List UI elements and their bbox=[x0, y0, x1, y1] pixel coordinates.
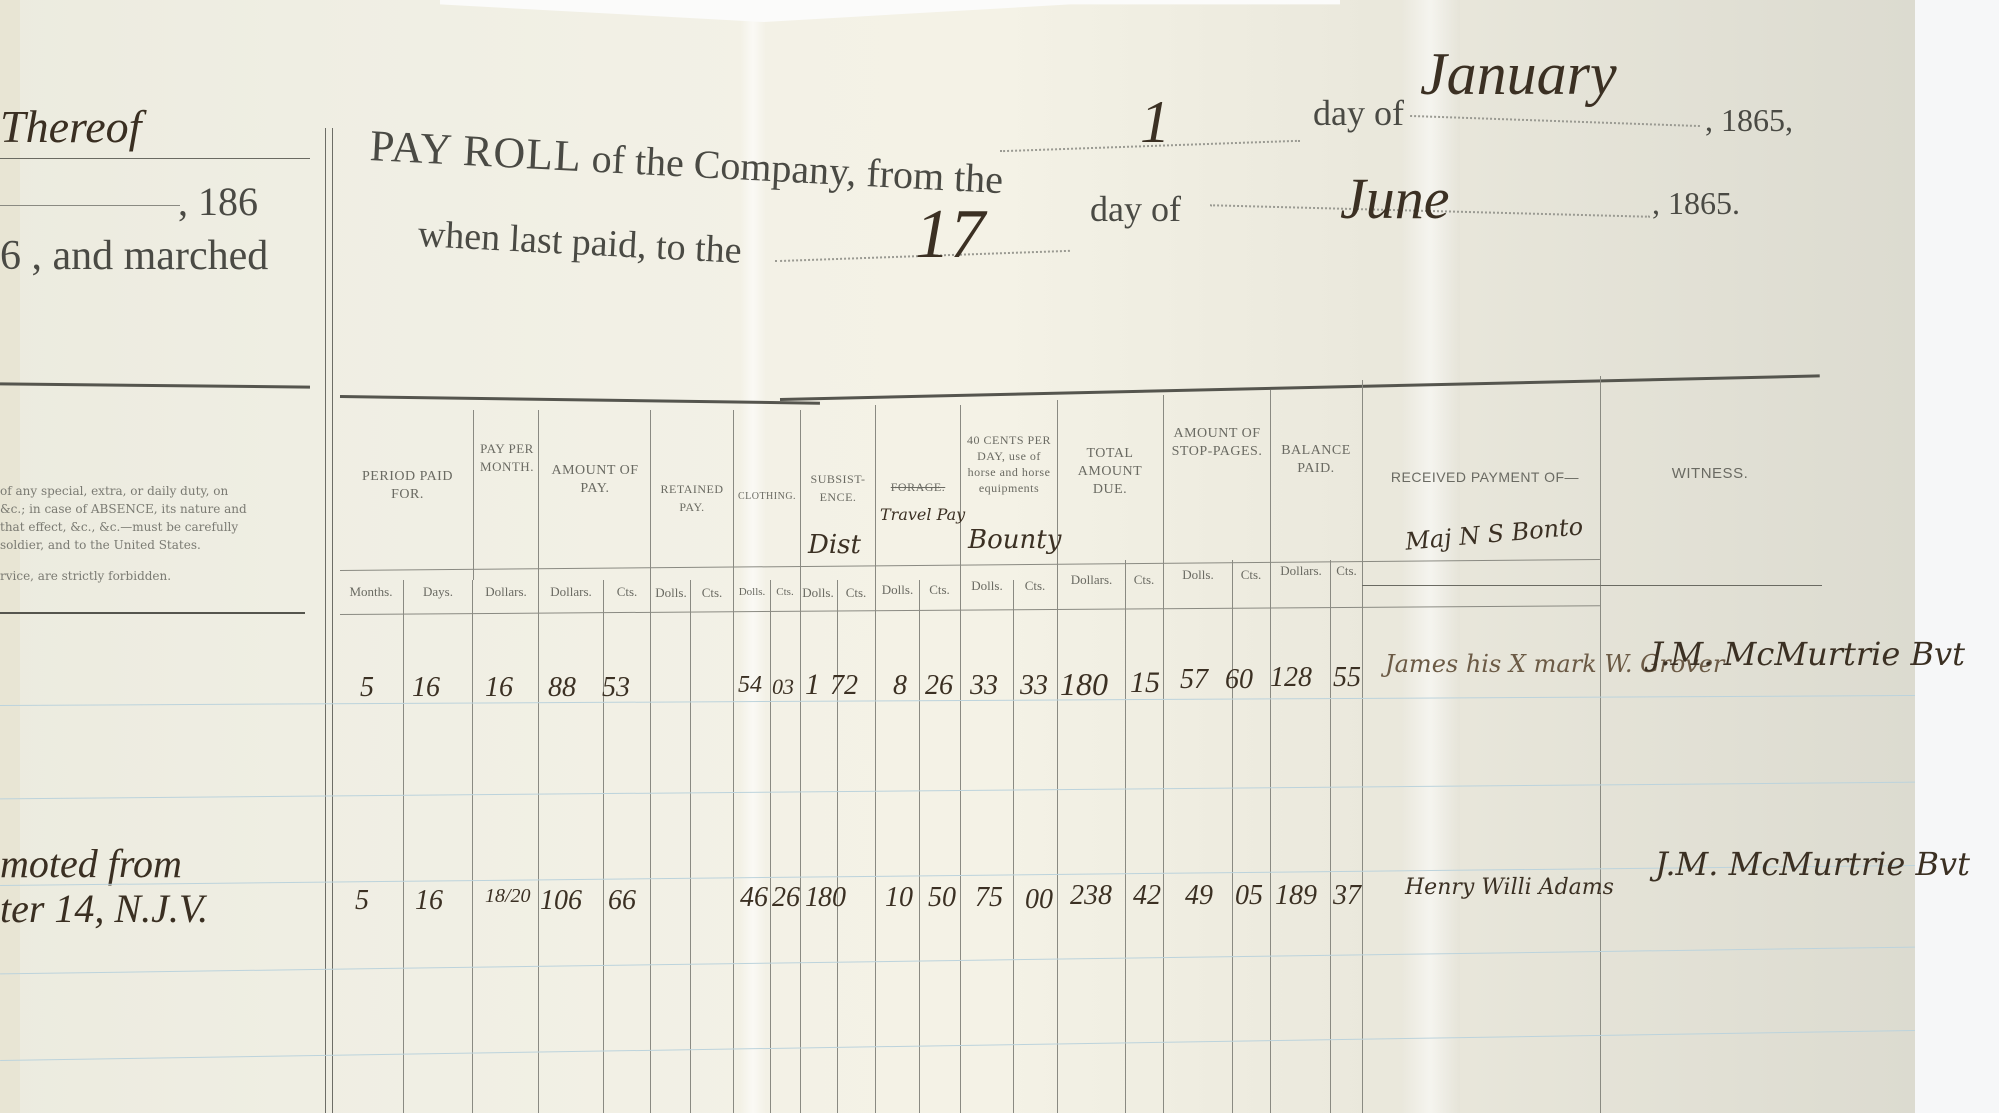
row1-stoppages-dolls: 57 bbox=[1180, 664, 1208, 696]
col-divider bbox=[473, 410, 474, 580]
horse-annotation: Bounty bbox=[968, 525, 1061, 555]
sub-balance-dollars: Dollars. bbox=[1271, 563, 1331, 579]
left-handwriting-thereof: Thereof bbox=[0, 100, 141, 153]
row2-months: 5 bbox=[355, 885, 369, 917]
row1-forage-cts: 26 bbox=[925, 670, 953, 702]
sub-balance-cts: Cts. bbox=[1331, 563, 1362, 579]
left-double-border bbox=[325, 128, 333, 1113]
row2-balance-dollars: 189 bbox=[1275, 880, 1317, 912]
remarks-row2-line1: moted from bbox=[0, 840, 182, 887]
from-month-value: January bbox=[1420, 40, 1617, 109]
row2-stoppages-dolls: 49 bbox=[1185, 880, 1213, 912]
left-date-line bbox=[0, 205, 180, 206]
sub-pay-dollars: Dollars. bbox=[474, 584, 538, 600]
row2-clothing-dolls: 46 bbox=[740, 882, 768, 914]
to-year: , 1865. bbox=[1652, 185, 1740, 222]
row2-amount-dollars: 106 bbox=[540, 885, 582, 917]
col-divider bbox=[538, 410, 539, 1113]
header-amount-of-pay: AMOUNT OF PAY. bbox=[545, 462, 645, 498]
row2-balance-cts: 37 bbox=[1333, 880, 1361, 912]
instruction-line-5: rvice, are strictly forbidden. bbox=[0, 568, 171, 584]
row2-days: 16 bbox=[415, 885, 443, 917]
sub-total-dollars: Dollars. bbox=[1058, 572, 1125, 588]
header-witness: WITNESS. bbox=[1620, 465, 1800, 483]
col-divider bbox=[603, 580, 604, 1113]
background-edge bbox=[1915, 0, 1999, 1113]
row1-horse-cts: 33 bbox=[1020, 670, 1048, 702]
row1-total-dollars: 180 bbox=[1060, 666, 1108, 703]
to-day-value: 17 bbox=[915, 195, 985, 275]
row1-amount-cts: 53 bbox=[602, 672, 630, 704]
sub-total-cts: Cts. bbox=[1125, 572, 1163, 588]
row1-subsistence-cts: 72 bbox=[830, 670, 858, 702]
col-divider bbox=[875, 405, 876, 1113]
instruction-line-1: of any special, extra, or daily duty, on bbox=[0, 483, 228, 499]
forage-annotation: Travel Pay bbox=[880, 505, 965, 524]
col-divider bbox=[650, 410, 651, 1113]
row1-months: 5 bbox=[360, 672, 374, 704]
sub-amount-dollars: Dollars. bbox=[540, 584, 602, 600]
col-divider bbox=[403, 580, 404, 1113]
sub-amount-cts: Cts. bbox=[604, 584, 650, 600]
received-witness-rule bbox=[1362, 585, 1822, 586]
sub-clothing-cts: Cts. bbox=[770, 586, 800, 598]
sub-retained-dolls: Dolls. bbox=[651, 585, 691, 601]
subsistence-annotation: Dist bbox=[808, 530, 861, 560]
row1-forage-dolls: 8 bbox=[893, 670, 907, 702]
sub-horse-cts: Cts. bbox=[1013, 578, 1057, 594]
sub-days: Days. bbox=[405, 584, 471, 600]
to-day-of-label: day of bbox=[1090, 188, 1181, 230]
row1-clothing-cts: 03 bbox=[772, 674, 794, 700]
sub-forage-dolls: Dolls. bbox=[876, 582, 919, 598]
row2-total-dollars: 238 bbox=[1070, 880, 1112, 912]
pay-roll-title: PAY ROLL bbox=[369, 121, 583, 181]
header-period-paid-for: PERIOD PAID FOR. bbox=[345, 468, 470, 504]
header-forage: FORAGE. bbox=[878, 478, 958, 496]
col-divider bbox=[1057, 400, 1058, 1113]
row1-subsistence-dolls: 1 bbox=[805, 668, 820, 702]
row1-amount-dollars: 88 bbox=[548, 672, 576, 704]
row1-horse-dolls: 33 bbox=[970, 670, 998, 702]
header-received-payment-of: RECEIVED PAYMENT OF— bbox=[1375, 468, 1595, 486]
row1-total-cts: 15 bbox=[1130, 666, 1160, 700]
sub-months: Months. bbox=[338, 584, 404, 600]
row2-forage-dolls: 10 bbox=[885, 882, 913, 914]
sub-subsistence-cts: Cts. bbox=[837, 585, 875, 601]
sub-retained-cts: Cts. bbox=[691, 585, 733, 601]
col-divider bbox=[1125, 560, 1126, 1113]
row2-stoppages-cts: 05 bbox=[1235, 880, 1263, 912]
row1-balance-cts: 55 bbox=[1333, 662, 1361, 694]
col-divider bbox=[1163, 395, 1164, 1113]
header-subsistence: SUBSIST-ENCE. bbox=[802, 470, 874, 506]
row2-horse-dolls: 75 bbox=[975, 882, 1003, 914]
row2-received-signature: Henry Willi Adams bbox=[1405, 875, 1614, 900]
col-divider bbox=[1330, 560, 1331, 1113]
row1-balance-dollars: 128 bbox=[1270, 662, 1312, 694]
header-total-amount-due: TOTAL AMOUNT DUE. bbox=[1060, 445, 1160, 499]
instruction-line-4: soldier, and to the United States. bbox=[0, 537, 201, 553]
from-day-value: 1 bbox=[1140, 88, 1170, 157]
remarks-row2-line2: ter 14, N.J.V. bbox=[0, 885, 208, 932]
row1-clothing-dolls: 54 bbox=[738, 672, 762, 699]
col-divider bbox=[733, 410, 734, 1113]
row2-forage-cts: 50 bbox=[928, 882, 956, 914]
sub-subsistence-dolls: Dolls. bbox=[800, 585, 836, 601]
to-month-value: June bbox=[1340, 165, 1450, 232]
left-marched-text: 6 , and marched bbox=[0, 232, 268, 280]
instruction-line-2: &c.; in case of ABSENCE, its nature and bbox=[0, 501, 247, 517]
row1-pay-per-month: 16 bbox=[485, 672, 513, 704]
col-divider bbox=[472, 580, 473, 1113]
instruction-line-3: that effect, &c., &c.—must be carefully bbox=[0, 519, 238, 535]
paper-fold-left bbox=[0, 0, 20, 1113]
row1-days: 16 bbox=[412, 672, 440, 704]
col-divider bbox=[770, 580, 771, 1113]
col-divider bbox=[1270, 390, 1271, 1113]
header-clothing: CLOTHING. bbox=[735, 488, 799, 506]
left-year-prefix: , 186 bbox=[178, 178, 258, 225]
header-pay-per-month: PAY PER MONTH. bbox=[478, 440, 536, 476]
row2-pay-per-month: 18/20 bbox=[485, 885, 531, 908]
sub-stoppages-dolls: Dolls. bbox=[1164, 567, 1232, 583]
header-balance-paid: BALANCE PAID. bbox=[1272, 442, 1360, 478]
col-divider bbox=[1600, 376, 1601, 1113]
row2-subsistence-cts: 80 bbox=[818, 882, 846, 914]
sub-forage-cts: Cts. bbox=[919, 582, 960, 598]
header-horse-allowance: 40 CENTS PER DAY, use of horse and horse… bbox=[962, 432, 1056, 496]
from-year: , 1865, bbox=[1705, 102, 1793, 139]
left-top-rule bbox=[0, 158, 310, 159]
row2-horse-cts: 00 bbox=[1025, 884, 1053, 916]
row1-witness-signature: J.M. McMurtrie Bvt bbox=[1650, 635, 1965, 673]
col-divider bbox=[1013, 580, 1014, 1113]
col-divider bbox=[1362, 380, 1363, 1113]
left-lower-rule bbox=[0, 612, 305, 614]
header-retained-pay: RETAINED PAY. bbox=[652, 480, 732, 516]
col-divider bbox=[800, 410, 801, 1113]
row2-total-cts: 42 bbox=[1133, 880, 1161, 912]
row1-stoppages-cts: 60 bbox=[1225, 664, 1253, 696]
col-divider bbox=[919, 580, 920, 1113]
col-divider bbox=[690, 580, 691, 1113]
header-amount-of-stoppages: AMOUNT OF STOP-PAGES. bbox=[1165, 425, 1269, 461]
col-divider bbox=[837, 580, 838, 1113]
sub-horse-dolls: Dolls. bbox=[961, 578, 1013, 594]
from-day-of-label: day of bbox=[1313, 92, 1404, 134]
row2-amount-cts: 66 bbox=[608, 885, 636, 917]
sub-stoppages-cts: Cts. bbox=[1232, 567, 1270, 583]
row2-clothing-cts: 26 bbox=[772, 882, 800, 914]
row2-subsistence-dolls: 1 bbox=[805, 882, 819, 914]
col-divider bbox=[1232, 560, 1233, 1113]
sub-clothing-dolls: Dolls. bbox=[734, 586, 770, 598]
row2-witness-signature: J.M. McMurtrie Bvt bbox=[1655, 845, 1970, 883]
